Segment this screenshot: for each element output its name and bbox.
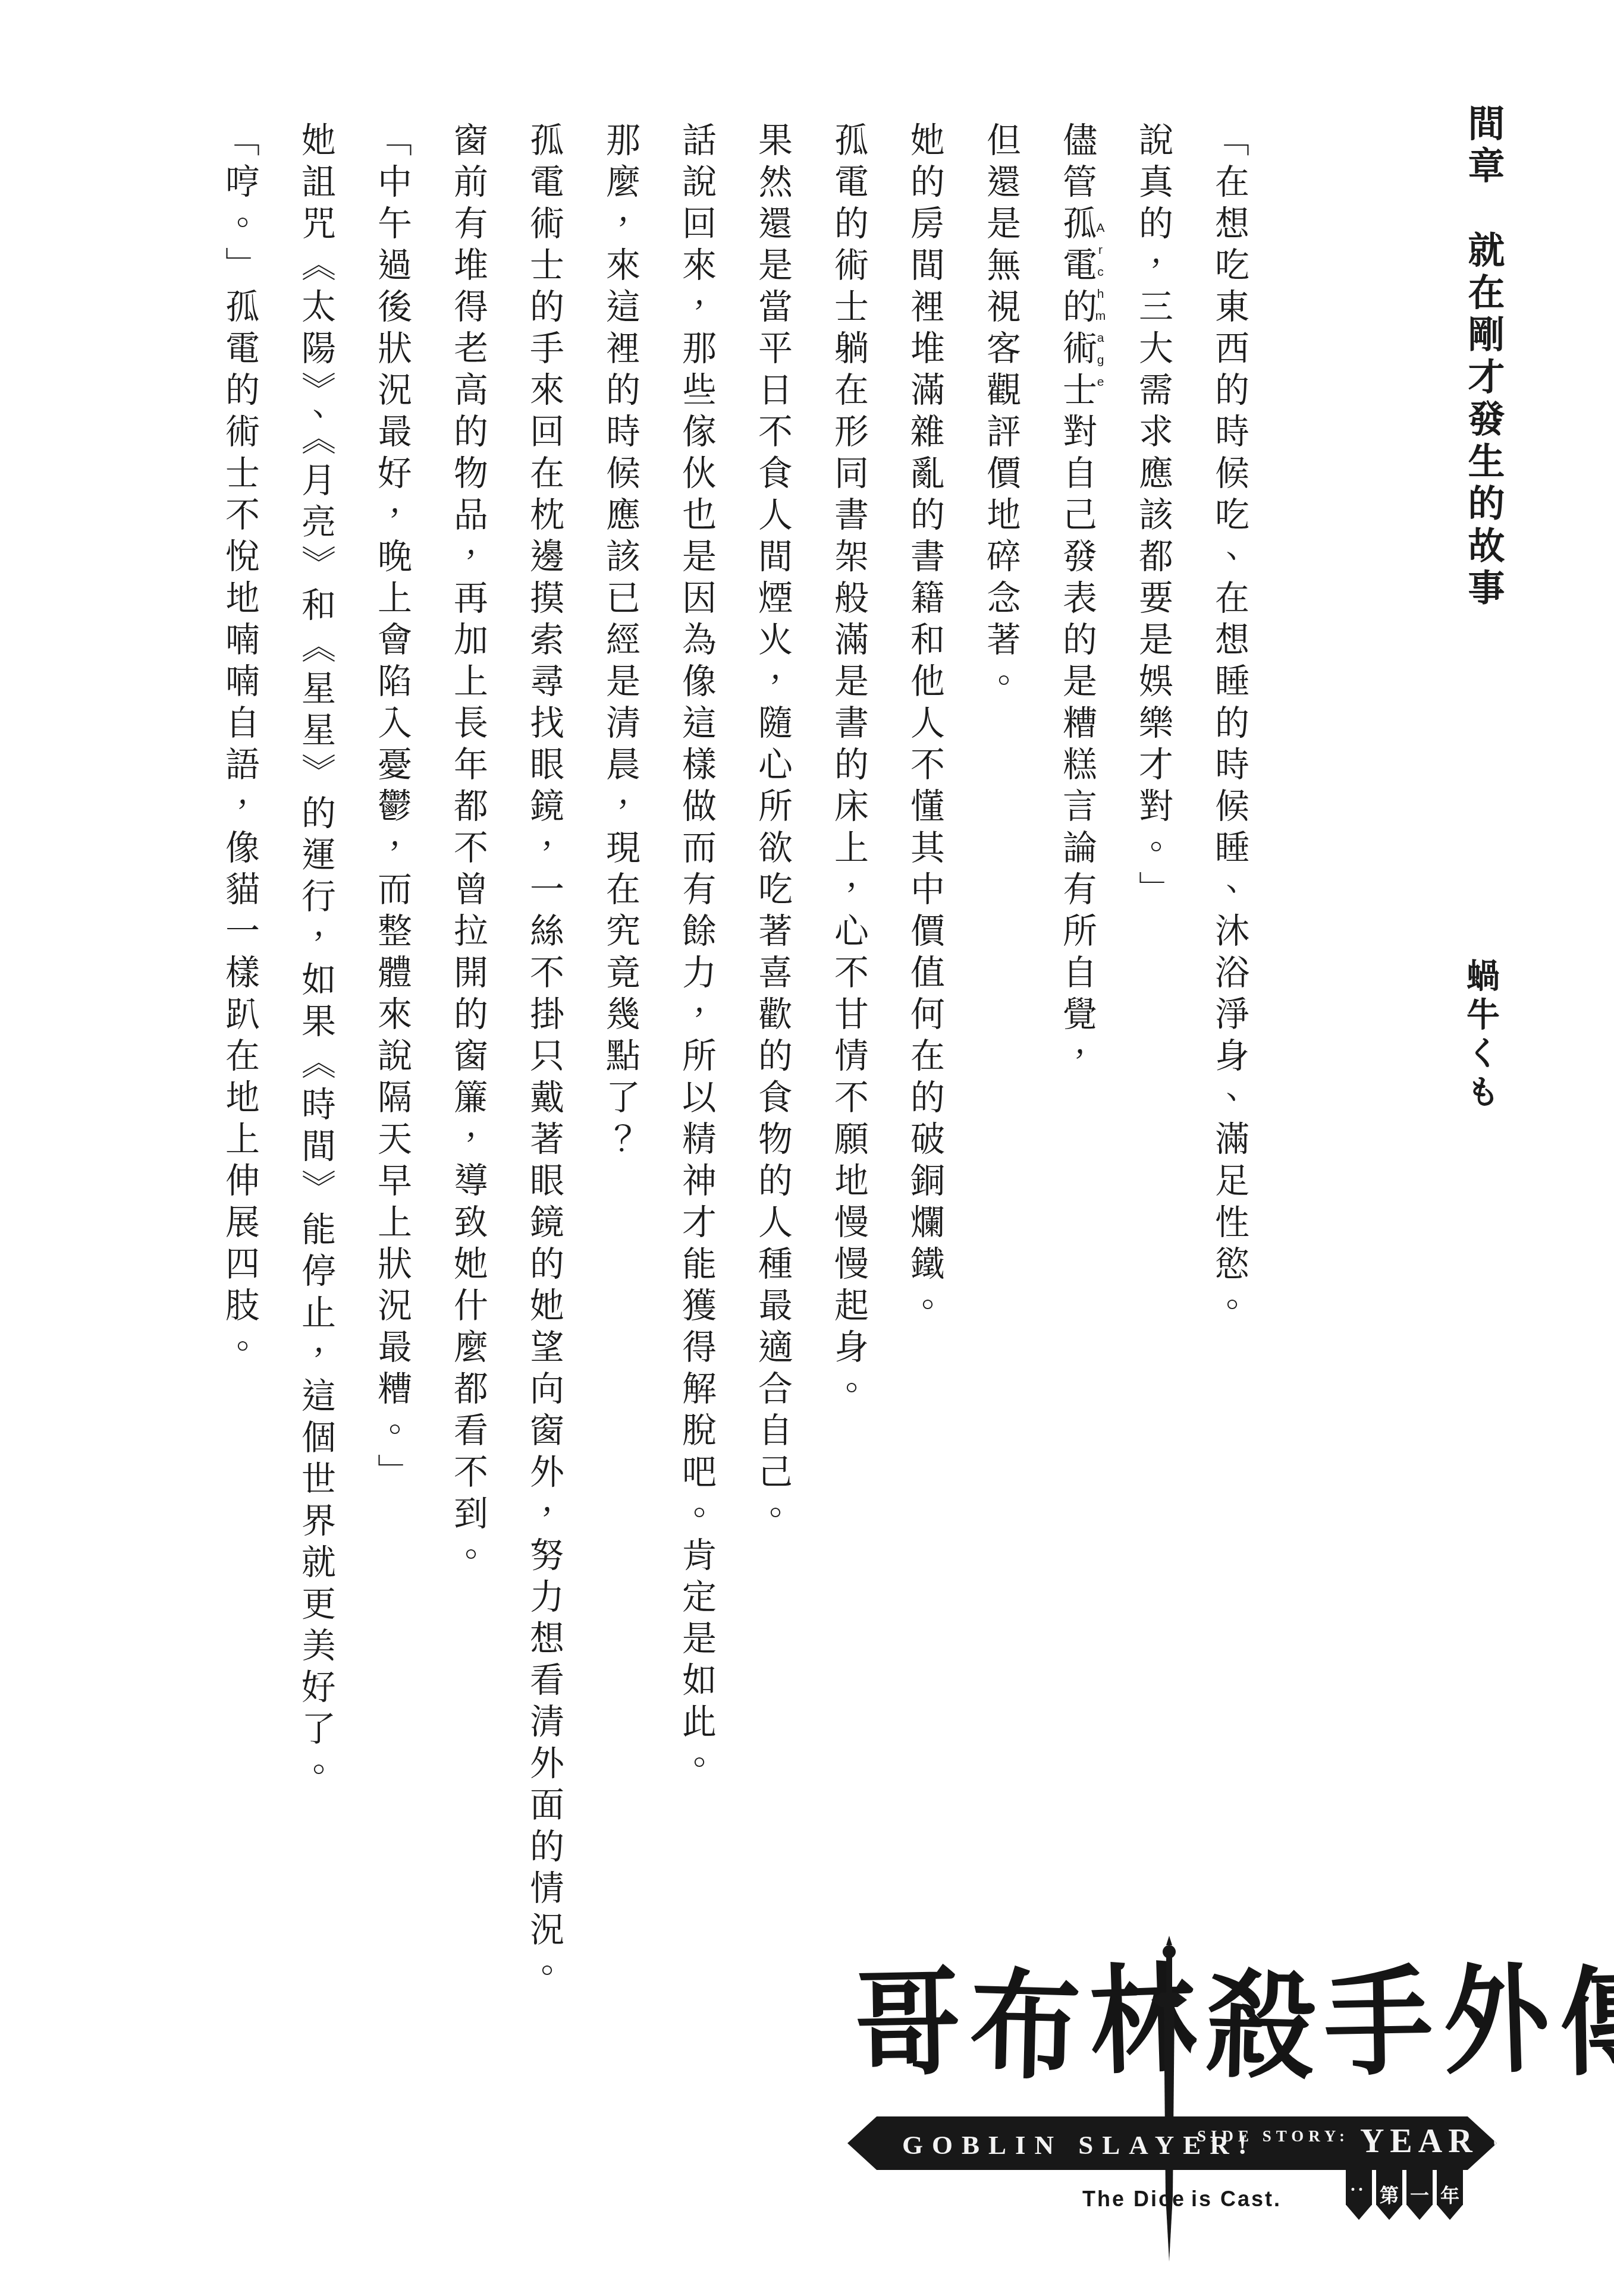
- volume-shield-char: 第: [1380, 2181, 1399, 2208]
- logo-kanji-char: 哥: [852, 1949, 963, 2099]
- tagline-right: is Cast.: [1191, 2187, 1282, 2212]
- text-column: 孤電的術士躺在形同書架般滿是書的床上，心不甘情不願地慢慢起身。: [810, 122, 886, 2105]
- tagline-left: The Dice: [1082, 2187, 1186, 2212]
- text-column: 話說回來，那些傢伙也是因為像這樣做而有餘力，所以精神才能獲得解脫吧。肯定是如此。: [658, 122, 734, 2105]
- text-column: 說真的，三大需求應該都要是娛樂才對。」: [1114, 122, 1191, 2105]
- text-column: 孤電術士的手來回在枕邊摸索尋找眼鏡，一絲不掛只戴著眼鏡的她望向窗外，努力想看清外…: [505, 122, 582, 2105]
- volume-shield-char: ：: [1345, 2185, 1373, 2204]
- series-logo: 哥布林殺手外傳 GOBLIN SLAYER! SIDE STORY: YEAR …: [847, 1944, 1502, 2289]
- volume-shield: 一: [1406, 2169, 1433, 2220]
- chapter-title: 間章 就在剛才發生的故事: [1456, 104, 1509, 611]
- text-column: 她的房間裡堆滿雜亂的書籍和他人不懂其中價值何在的破銅爛鐵。: [886, 122, 962, 2105]
- logo-kanji-char: 殺: [1204, 1952, 1318, 2103]
- text-column: 儘管孤電的術士Archmage對自己發表的是糟糕言論有所自覺，: [1038, 122, 1114, 2105]
- volume-label: ：第一年: [1346, 2169, 1463, 2220]
- text-column: 果然還是當平日不食人間煙火，隨心所欲吃著喜歡的食物的人種最適合自己。: [734, 122, 810, 2105]
- sword-icon: [1150, 1936, 1188, 2269]
- book-page: 間章 就在剛才發生的故事 蝸牛くも 「在想吃東西的時候吃、在想睡的時候睡、沐浴淨…: [0, 0, 1614, 2296]
- logo-banner: GOBLIN SLAYER! SIDE STORY: YEAR ONE: [847, 2115, 1497, 2171]
- text-column: 窗前有堆得老高的物品，再加上長年都不曾拉開的窗簾，導致她什麼都看不到。: [429, 122, 505, 2105]
- ruby-annotation: 孤電的術士Archmage: [1057, 205, 1096, 413]
- text-column: 「在想吃東西的時候吃、在想睡的時候睡、沐浴淨身、滿足性慾。: [1191, 122, 1267, 2105]
- logo-kanji-char: 手: [1323, 1949, 1434, 2099]
- banner-subtitle-prefix: SIDE STORY:: [1197, 2127, 1349, 2145]
- text-column: 「中午過後狀況最好，晚上會陷入憂鬱，而整體來說隔天早上狀況最糟。」: [353, 122, 429, 2105]
- author-name: 蝸牛くも: [1457, 958, 1505, 1113]
- banner-subtitle-main: YEAR ONE: [1360, 2123, 1582, 2160]
- volume-shield: ：: [1346, 2169, 1372, 2220]
- logo-kanji-char: 外: [1441, 1946, 1552, 2099]
- banner-subtitle-en: SIDE STORY: YEAR ONE: [1197, 2122, 1582, 2160]
- text-column: 那麼，來這裡的時候應該已經是清晨，現在究竟幾點了？: [582, 122, 658, 2105]
- text-column: 「哼。」孤電的術士不悅地喃喃自語，像貓一樣趴在地上伸展四肢。: [201, 122, 277, 2105]
- volume-shield: 第: [1376, 2169, 1402, 2220]
- volume-shield-char: 一: [1410, 2181, 1429, 2208]
- text-column: 但還是無視客觀評價地碎念著。: [962, 122, 1038, 2105]
- logo-kanji-char: 布: [968, 1952, 1082, 2103]
- logo-kanji-char: 傳: [1559, 1949, 1614, 2099]
- volume-shield: 年: [1437, 2169, 1463, 2220]
- text-block: 「在想吃東西的時候吃、在想睡的時候睡、沐浴淨身、滿足性慾。說真的，三大需求應該都…: [201, 122, 1267, 2105]
- volume-shield-char: 年: [1440, 2181, 1459, 2208]
- text-column: 她詛咒《太陽》、《月亮》和《星星》的運行，如果《時間》能停止，這個世界就更美好了…: [277, 122, 353, 2105]
